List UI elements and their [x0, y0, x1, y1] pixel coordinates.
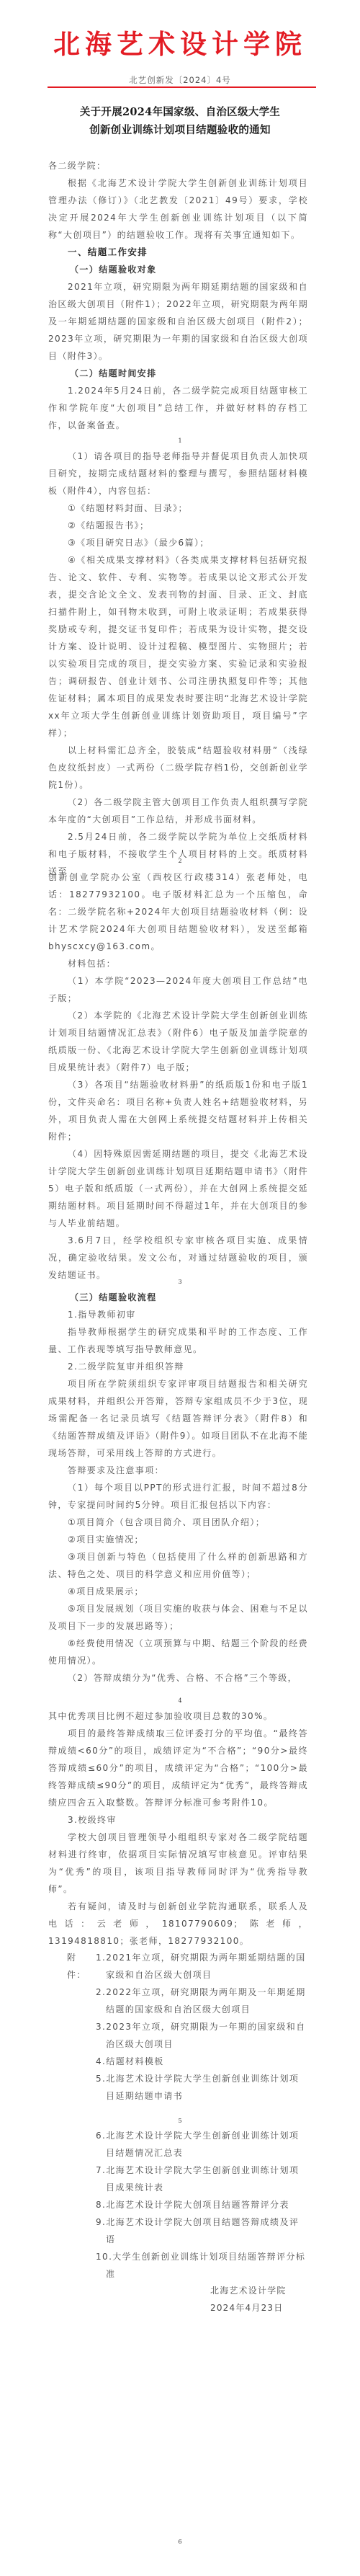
paragraph: （1）请各项目的指导老师指导并督促项目负责人加快项目研究，按期完成结题材料的整理…: [48, 448, 308, 499]
page-number: 1: [0, 438, 360, 444]
section-heading: （二）结题时间安排: [48, 365, 308, 382]
paragraph: 其中优秀项目比例不超过参加验收项目总数的30%。: [48, 1707, 308, 1725]
paragraph: ②《结题报告书》；: [48, 517, 308, 534]
paragraph: ②项目实施情况；: [48, 1531, 308, 1548]
paragraph: 材料包括：: [48, 955, 308, 972]
paragraph: 3.校级终审: [48, 1811, 308, 1829]
page-number: 2: [0, 858, 360, 864]
paragraph: （4）因特殊原因需延期结题的项目，提交《北海艺术设计学院大学生创新创业训练计划项…: [48, 1145, 308, 1232]
paragraph: 以上材料需汇总齐全，胶装成“结题验收材料册”（浅绿色皮纹纸封皮）一式两份（二级学…: [48, 742, 308, 794]
signature-org: 北海艺术设计学院: [210, 2282, 311, 2299]
institution-masthead: 北海艺术设计学院: [43, 27, 317, 61]
paragraph: 1.指导教师初审: [48, 1306, 308, 1323]
paragraph: 3.6月7日，经学校组织专家审核各项目实施、成果情况，确定验收结果。发文公布，对…: [48, 1232, 308, 1284]
attachments-row: 6.北海艺术设计学院大学生创新创业训练计划项目结题情况汇总表7.北海艺术设计学院…: [67, 2127, 308, 2283]
signature-block: 北海艺术设计学院 2024年4月23日: [210, 2282, 311, 2317]
paragraph: （2）本学院的《北海艺术设计学院大学生创新创业训练计划项目结题情况汇总表》（附件…: [48, 1007, 308, 1076]
attachment-item: 1.2021年立项，研究期限为两年期延期结题的国家级和自治区级大创项目: [96, 1949, 308, 1984]
page-3-body: 创新创业学院办公室（西校区行政楼314）张老师处，电话：18277932100。…: [48, 869, 308, 1284]
paragraph: ④《相关成果支撑材料》（各类成果支撑材料包括研究报告、论文、软件、专利、实物等。…: [48, 551, 308, 742]
paragraph: 根据《北海艺术设计学院大学生创新创业训练计划项目管理办法（修订）》（北艺教发〔2…: [48, 174, 308, 244]
attachments-items-page-6: 6.北海艺术设计学院大学生创新创业训练计划项目结题情况汇总表7.北海艺术设计学院…: [96, 2127, 308, 2283]
page-5-body: 其中优秀项目比例不超过参加验收项目总数的30%。项目的最终答辩成绩取三位评委打分…: [48, 1707, 308, 1950]
attachment-item: 3.2023年立项，研究期限为一年期的国家级和自治区级大创项目: [96, 2018, 308, 2053]
paragraph: 答辩要求及注意事项：: [48, 1462, 308, 1479]
attachments-row: 附件： 1.2021年立项，研究期限为两年期延期结题的国家级和自治区级大创项目2…: [67, 1949, 308, 2105]
paragraph: ⑥经费使用情况（立项预算与中期、结题三个阶段的经费使用情况）。: [48, 1635, 308, 1669]
page-2-body: （1）请各项目的指导老师指导并督促项目负责人加快项目研究，按期完成结题材料的整理…: [48, 448, 308, 880]
paragraph: 各二级学院：: [48, 157, 308, 174]
paragraph: ①《结题材料封面、目录》；: [48, 499, 308, 517]
attachment-item: 7.北海艺术设计学院大学生创新创业训练计划项目成果统计表: [96, 2162, 308, 2196]
attachment-item: 10.大学生创新创业训练计划项目结题答辩评分标准: [96, 2248, 308, 2283]
paragraph: ④项目成果展示；: [48, 1583, 308, 1600]
paragraph: 2021年立项，研究期限为两年期延期结题的国家级和自治区级大创项目（附件1）；2…: [48, 278, 308, 365]
page-number: 5: [0, 2118, 360, 2124]
attachments-label: 附件：: [67, 1949, 96, 2105]
page-number: 3: [0, 1279, 360, 1285]
paragraph: （1）本学院“2023—2024年度大创项目工作总结”电子版；: [48, 972, 308, 1007]
attachments-label-spacer: [67, 2127, 96, 2283]
attachment-item: 2.2022年立项，研究期限为两年期及一年期延期结题的国家级和自治区级大创项目: [96, 1984, 308, 2018]
paragraph: ③项目创新与特色（包括使用了什么样的创新思路和方法、特色之处、项目的科学意义和应…: [48, 1548, 308, 1583]
paragraph: ⑤项目发展规划（项目实施的收获与体会、困难与不足以及项目下一步的发展思路等）；: [48, 1600, 308, 1635]
page-number: 6: [0, 2539, 360, 2545]
paragraph: （1）每个项目以PPT的形式进行汇报，时间不超过8分钟，专家提问时间约5分钟。项…: [48, 1479, 308, 1514]
paragraph: （2）各二级学院主管大创项目工作负责人组织撰写学院本年度的“大创项目”工作总结，…: [48, 794, 308, 828]
attachment-item: 9.北海艺术设计学院大创项目结题答辩成绩及评语: [96, 2213, 308, 2248]
paragraph: 创新创业学院办公室（西校区行政楼314）张老师处，电话：18277932100。…: [48, 869, 308, 955]
notice-title: 关于开展2024年国家级、自治区级大学生 创新创业训练计划项目结题验收的通知: [36, 103, 324, 139]
title-line-2: 创新创业训练计划项目结题验收的通知: [36, 121, 324, 139]
paragraph: 指导教师根据学生的研究成果和平时的工作态度、工作量、工作表现等填写指导教师意见。: [48, 1323, 308, 1358]
section-heading: 一、结题工作安排: [48, 244, 308, 261]
attachments-list-continued: 6.北海艺术设计学院大学生创新创业训练计划项目结题情况汇总表7.北海艺术设计学院…: [67, 2127, 308, 2283]
paragraph: ①项目简介（包含项目简介、项目团队介绍）；: [48, 1514, 308, 1531]
paragraph: ③《项目研究日志》（最少6篇）；: [48, 534, 308, 551]
section-heading: （一）结题验收对象: [48, 261, 308, 278]
attachment-item: 4.结题材料模板: [96, 2053, 308, 2070]
paragraph: 2.二级学院复审并组织答辩: [48, 1358, 308, 1375]
section-heading: （三）结题验收流程: [48, 1289, 308, 1306]
attachment-item: 6.北海艺术设计学院大学生创新创业训练计划项目结题情况汇总表: [96, 2127, 308, 2162]
page-1-body: 各二级学院：根据《北海艺术设计学院大学生创新创业训练计划项目管理办法（修订）》（…: [48, 157, 308, 434]
paragraph: 项目所在学院须组织专家评审项目结题报告和相关研究成果材料，并组织公开答辩，答辩专…: [48, 1375, 308, 1462]
attachment-item: 8.北海艺术设计学院大创项目结题答辩评分表: [96, 2196, 308, 2213]
red-divider: [48, 86, 316, 88]
attachment-item: 5.北海艺术设计学院大学生创新创业训练计划项目延期结题申请书: [96, 2070, 308, 2105]
paragraph: 学校大创项目管理领导小组组织专家对各二级学院结题材料进行终审，依据项目实际情况填…: [48, 1829, 308, 1898]
attachments-list: 附件： 1.2021年立项，研究期限为两年期延期结题的国家级和自治区级大创项目2…: [67, 1949, 308, 2105]
paragraph: 1.2024年5月24日前，各二级学院完成项目结题审核工作和学院年度“大创项目”…: [48, 382, 308, 434]
paragraph: （2）答辩成绩分为“优秀、合格、不合格”三个等级，: [48, 1669, 308, 1687]
page-4-body: （三）结题验收流程1.指导教师初审指导教师根据学生的研究成果和平时的工作态度、工…: [48, 1289, 308, 1687]
document-number: 北艺创新发〔2024〕4号: [0, 74, 360, 86]
paragraph: 若有疑问，请及时与创新创业学院沟通联系，联系人及电话：云老师，181077906…: [48, 1898, 308, 1950]
title-line-1: 关于开展2024年国家级、自治区级大学生: [36, 103, 324, 121]
page-number: 4: [0, 1697, 360, 1704]
signature-date: 2024年4月23日: [210, 2299, 311, 2317]
paragraph: （3）各项目“结题验收材料册”的纸质版1份和电子版1份，文件夹命名：项目名称+负…: [48, 1076, 308, 1145]
paragraph: 项目的最终答辩成绩取三位评委打分的平均值。“最终答辩成绩<60分”的项目，成绩评…: [48, 1725, 308, 1811]
attachments-items-page-5: 1.2021年立项，研究期限为两年期延期结题的国家级和自治区级大创项目2.202…: [96, 1949, 308, 2105]
